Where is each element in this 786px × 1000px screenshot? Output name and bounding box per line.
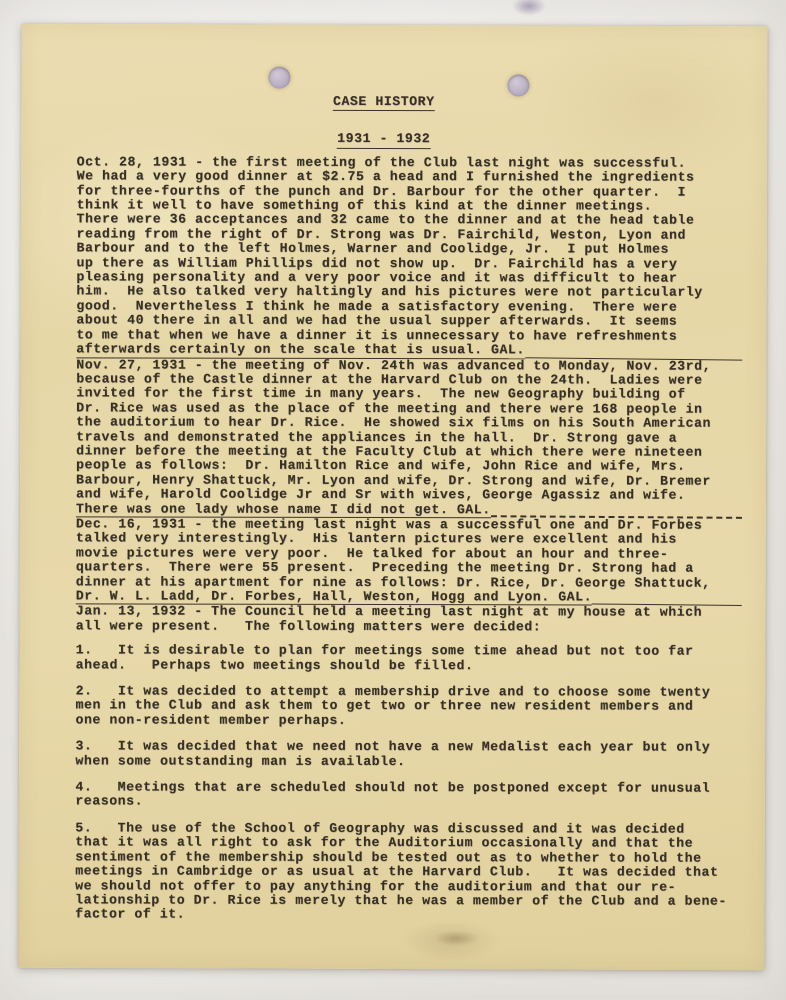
journal-entry: Nov. 27, 1931 - the meeting of Nov. 24th… (76, 358, 742, 519)
journal-entry: Oct. 28, 1931 - the first meeting of the… (76, 155, 742, 359)
document-title-text: CASE HISTORY (333, 95, 435, 112)
underlined-text: There was one lady whose name I did not … (76, 502, 491, 518)
text-line: reasons. (75, 795, 741, 811)
photo-background: CASE HISTORY 1931 - 1932 Oct. 28, 1931 -… (0, 0, 786, 1000)
journal-entries: Oct. 28, 1931 - the first meeting of the… (76, 155, 743, 635)
document-page: CASE HISTORY 1931 - 1932 Oct. 28, 1931 -… (18, 24, 767, 971)
text-line: one non-resident member perhaps. (75, 713, 741, 729)
underlined-text: Dr. W. L. Ladd, Dr. Forbes, Hall, Weston… (76, 589, 592, 605)
text-line: ahead. Perhaps two meetings should be fi… (76, 658, 742, 674)
separator-rule (491, 515, 742, 519)
document-subtitle: 1931 - 1932 (51, 132, 717, 150)
journal-entry: Dec. 16, 1931 - the meeting last night w… (76, 517, 742, 606)
punch-hole-left (268, 67, 290, 89)
document-subtitle-text: 1931 - 1932 (337, 132, 430, 149)
text-line: factor of it. (75, 908, 741, 924)
background-stain (512, 0, 546, 16)
decision-item: 5. The use of the School of Geography wa… (75, 821, 741, 923)
typewritten-content: CASE HISTORY 1931 - 1932 Oct. 28, 1931 -… (75, 94, 743, 923)
decision-item: 3. It was decided that we need not have … (75, 740, 741, 770)
document-title: CASE HISTORY (51, 94, 717, 112)
text-line: all were present. The following matters … (76, 619, 742, 635)
decision-item: 1. It is desirable to plan for meetings … (76, 644, 742, 674)
decision-item: 4. Meetings that are scheduled should no… (75, 780, 741, 810)
entry-final-line: afterwards certainly on the scale that i… (76, 342, 742, 359)
entry-final-line: There was one lady whose name I did not … (76, 502, 742, 519)
punch-hole-right (507, 74, 529, 96)
text-line: when some outstanding man is available. (75, 754, 741, 770)
decision-item: 2. It was decided to attempt a membershi… (75, 684, 741, 729)
journal-entry: Jan. 13, 1932 - The Council held a meeti… (76, 605, 742, 635)
paper-smudge (433, 930, 479, 946)
underlined-text: afterwards certainly on the scale that i… (76, 342, 525, 358)
entry-final-line: Dr. W. L. Ladd, Dr. Forbes, Hall, Weston… (76, 589, 742, 606)
text-line: 4. Meetings that are scheduled should no… (75, 780, 741, 796)
decision-list: 1. It is desirable to plan for meetings … (75, 644, 742, 924)
